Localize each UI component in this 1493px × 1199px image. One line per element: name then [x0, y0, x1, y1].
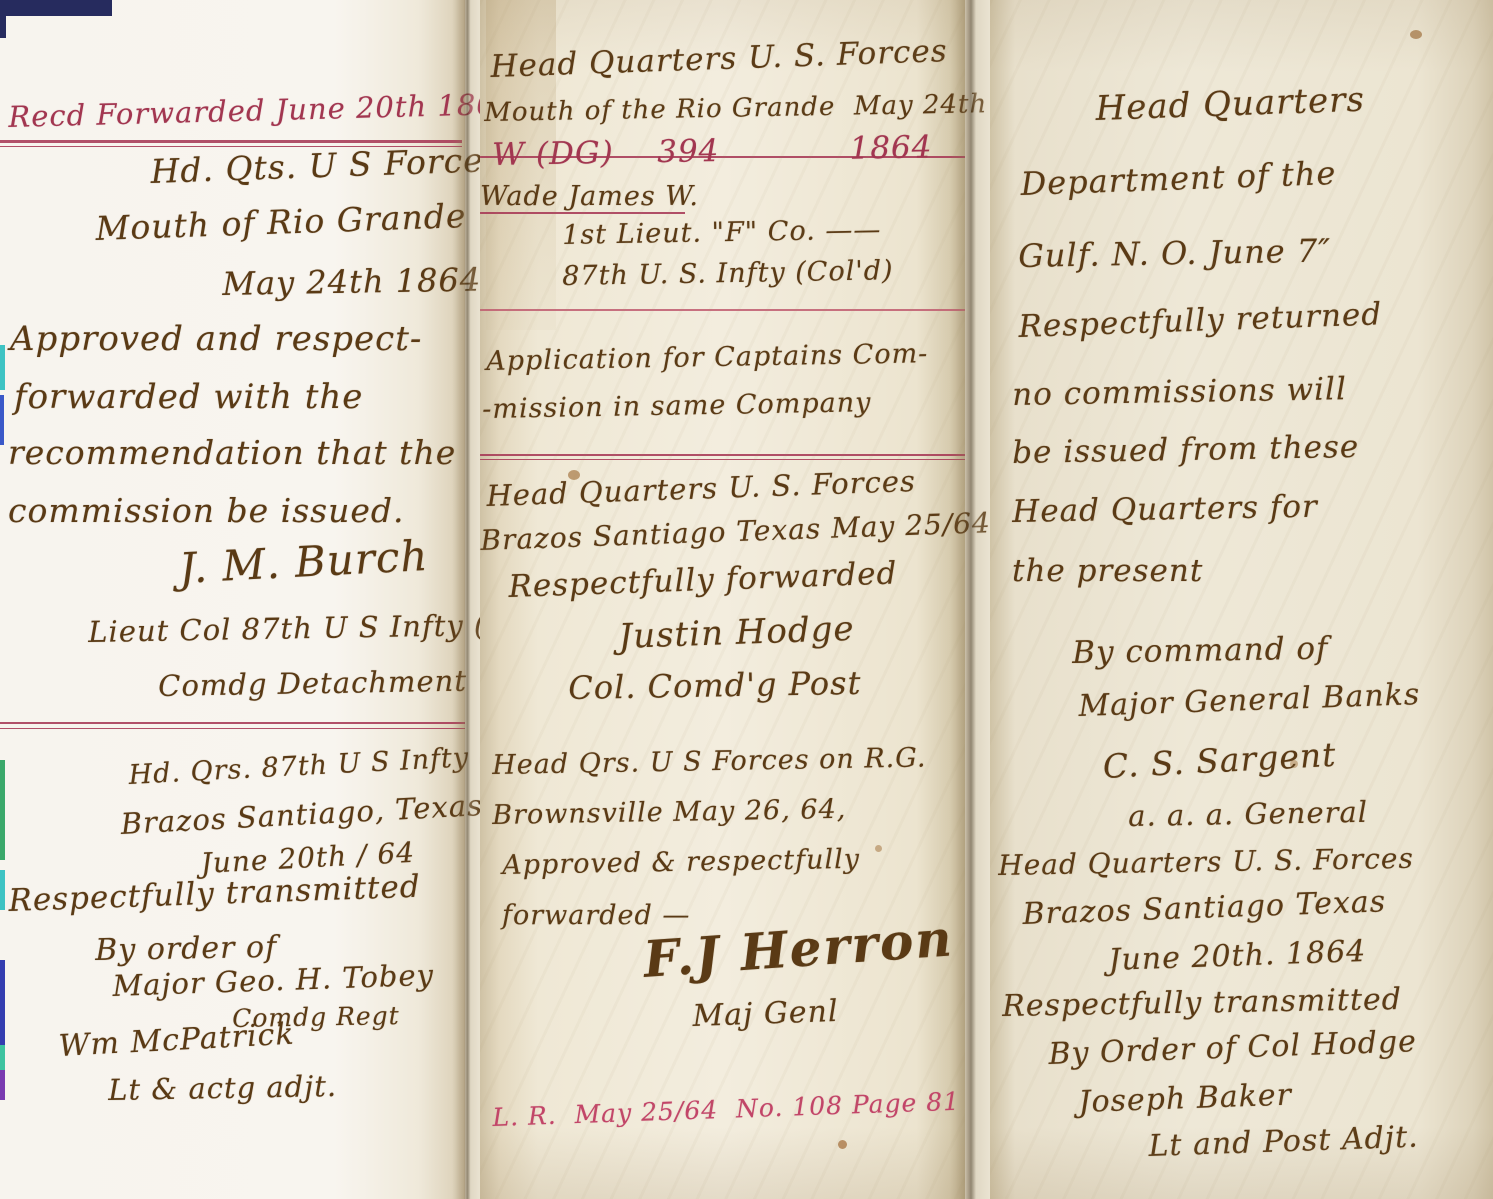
page-right-endorsements: Head QuartersDepartment of theGulf. N. O… — [990, 0, 1493, 1199]
subject-matter: -mission in same Company — [482, 389, 872, 423]
signature-sargent: C. S. Sargent — [1102, 738, 1337, 783]
signature-title: Lt & actg adjt. — [108, 1072, 337, 1105]
heading-head-quarters: Head Quarters U. S. Forces — [490, 36, 948, 83]
heading-hd-qts: Hd. Qts. U S Forces — [150, 143, 502, 188]
body-line: By order of — [95, 933, 277, 966]
red-rule — [480, 459, 965, 460]
endorsement-heading: Brazos Santiago Texas May 25/64 — [480, 509, 991, 555]
endorsement-heading: Head Quarters U. S. Forces — [486, 467, 916, 511]
letters-received-note: L. R. May 25/64 No. 108 Page 81 — [492, 1089, 960, 1130]
body-line: recommendation that the — [8, 436, 456, 469]
body-line: Respectfully transmitted — [8, 872, 421, 917]
heading-department: Department of the — [1020, 157, 1337, 200]
body-line: forwarded with the — [14, 380, 363, 414]
endorsement-body: Head Quarters for — [1012, 492, 1318, 528]
page-left-endorsements: Recd Forwarded June 20th 1864Hd. Qts. U … — [0, 0, 465, 1199]
subject-name: Wade James W. — [480, 183, 699, 210]
endorsement-heading: Head Qrs. U S Forces on R.G. — [492, 744, 927, 779]
signature-title: a. a. a. General — [1128, 798, 1368, 831]
heading-date: May 24th 1864 — [222, 263, 481, 300]
red-rule — [0, 728, 465, 729]
document-scan: Recd Forwarded June 20th 1864Hd. Qts. U … — [0, 0, 1493, 1199]
endorsement-body: no commissions will — [1012, 374, 1347, 411]
signature-tobey: Major Geo. H. Tobey — [112, 961, 434, 1001]
heading-gulf-date: Gulf. N. O. June 7″ — [1018, 235, 1331, 272]
endorsement-heading: Brownsville May 26, 64, — [492, 796, 847, 829]
heading-mouth-rio-grande: Mouth of the Rio Grande May 24th 1864 — [484, 90, 1067, 126]
endorsement-heading: June 20th. 1864 — [1108, 937, 1367, 976]
body-line: Approved and respect- — [10, 322, 422, 356]
file-record-number: W (DG) 394 1864 — [492, 132, 933, 171]
red-rule — [480, 212, 685, 214]
red-rule — [480, 309, 965, 311]
page-middle-record-brief: Head Quarters U. S. ForcesMouth of the R… — [480, 0, 965, 1199]
signature-title: Comdg Detachment — [158, 667, 467, 701]
endorsement-body: Respectfully forwarded — [508, 558, 898, 603]
red-rule — [0, 722, 465, 724]
signature-title: Lt and Post Adjt. — [1148, 1123, 1419, 1162]
signature-baker: Joseph Baker — [1078, 1081, 1292, 1118]
endorsement-heading: Brazos Santiago Texas — [1022, 887, 1387, 930]
heading-head-quarters: Head Quarters — [1095, 83, 1365, 126]
endorsement-body: the present — [1012, 556, 1203, 587]
paper-stain — [875, 845, 882, 852]
signature-title: Maj Genl — [692, 997, 839, 1032]
paper-stain — [1410, 30, 1422, 39]
subject-matter: Application for Captains Com- — [486, 340, 929, 375]
endorsement-body: Respectfully returned — [1018, 299, 1383, 343]
authority-line: Major General Banks — [1078, 680, 1421, 722]
body-line: commission be issued. — [8, 494, 405, 527]
endorsement-body: Approved & respectfully — [502, 846, 860, 879]
signature-mcpatrick: Wm McPatrick — [58, 1020, 295, 1062]
signature-hodge: Justin Hodge — [618, 612, 855, 654]
heading-mouth-rio-grande: Mouth of Rio Grande — [95, 199, 467, 245]
signature-title: Lieut Col 87th U S Infty (C) — [88, 610, 522, 647]
endorsement-body: By Order of Col Hodge — [1048, 1027, 1417, 1070]
endorsement-heading: Head Quarters U. S. Forces — [998, 845, 1414, 880]
endorsement-body: forwarded — — [502, 902, 690, 929]
red-rule — [480, 454, 965, 456]
endorsement-body: be issued from these — [1012, 432, 1360, 469]
endorsement-body: By command of — [1072, 634, 1329, 669]
received-forwarded-note: Recd Forwarded June 20th 1864 — [8, 90, 516, 132]
subject-rank: 1st Lieut. "F" Co. —— — [562, 216, 882, 249]
paper-stain — [838, 1140, 847, 1149]
subject-regiment: 87th U. S. Infty (Col'd) — [562, 257, 894, 290]
heading-brazos: Brazos Santiago, Texas — [120, 791, 484, 839]
endorsement-body: Respectfully transmitted — [1002, 985, 1402, 1022]
signature-title: Col. Comd'g Post — [568, 667, 862, 704]
signature-burch: J. M. Burch — [178, 535, 429, 590]
